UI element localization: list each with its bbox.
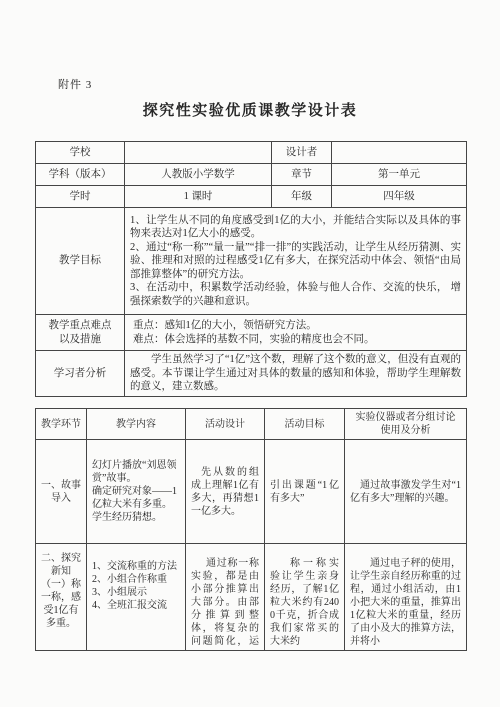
- chapter-value: 第一单元: [332, 164, 467, 186]
- column-header-content: 教学内容: [87, 409, 186, 440]
- school-value: [125, 142, 272, 164]
- learner-analysis-label: 学习者分析: [36, 351, 125, 397]
- grade-label: 年级: [272, 186, 332, 208]
- activity-design-text: 通过称一称实验，都是由小部分推算出大部分。由部分推算到整体，将复杂的问题简化，运…: [191, 557, 259, 648]
- subject-value: 人教版小学数学: [125, 164, 272, 186]
- chapter-label: 章节: [272, 164, 332, 186]
- table-row: 学校 设计者: [36, 142, 467, 164]
- page-title: 探究性实验优质课教学设计表: [0, 99, 500, 120]
- table-row: 学习者分析 学生虽然学习了“1亿”这个数，理解了这个数的意义，但没有直观的感受。…: [36, 351, 467, 397]
- instrument-analysis-cell: 通过故事激发学生对“1亿有多大”理解的兴趣。: [345, 440, 467, 544]
- grade-value: 四年级: [332, 186, 467, 208]
- focus-point-line: 重点：感知1亿的大小，领悟研究方法。: [130, 319, 461, 333]
- design-table: 教学环节 教学内容 活动设计 活动目标 实验仪器或者分组讨论 使用及分析 一、故…: [35, 408, 467, 651]
- goal-line-3: 3、在活动中，积累数学活动经验，体验与他人合作、交流的快乐， 增强探索数学的兴趣…: [130, 281, 461, 308]
- document-page: 附件 3 探究性实验优质课教学设计表 学校 设计者 学科（版本） 人教版小学数学…: [0, 0, 500, 707]
- activity-design-cell: 先从数的组成上理解1亿有多大，再猜想1一亿多大。: [186, 440, 265, 544]
- period-value: 1 课时: [125, 186, 272, 208]
- focus-content: 重点：感知1亿的大小，领悟研究方法。 难点：体会选择的基数不同，实验的精度也会不…: [125, 315, 467, 351]
- column-header-activity-design: 活动设计: [186, 409, 265, 440]
- activity-goal-text: 称一称实验让学生亲身经历，了解1亿粒大米约有2400千克，折合成我们家常买的大米…: [270, 557, 339, 648]
- info-table: 学校 设计者 学科（版本） 人教版小学数学 章节 第一单元 学时 1 课时 年级…: [35, 141, 467, 397]
- column-header-activity-goal: 活动目标: [265, 409, 345, 440]
- content-cell: 1、交流称重的方法 2、小组合作称重 3、小组展示 4、全班汇报交流: [87, 544, 186, 651]
- difficulty-line: 难点：体会选择的基数不同，实验的精度也会不同。: [130, 333, 461, 347]
- activity-design-cell: 通过称一称实验，都是由小部分推算出大部分。由部分推算到整体，将复杂的问题简化，运…: [186, 544, 265, 651]
- stage-cell: 二、探究新知 （一）称一称，感受1亿有多重。: [36, 544, 87, 651]
- designer-value: [332, 142, 467, 164]
- table-row: 一、故事导入 幻灯片播放“刘恩领赏”故事。 确定研究对象——1亿粒大米有多重。 …: [36, 440, 467, 544]
- table-row: 教学重点难点 以及措施 重点：感知1亿的大小，领悟研究方法。 难点：体会选择的基…: [36, 315, 467, 351]
- header-row: 教学环节 教学内容 活动设计 活动目标 实验仪器或者分组讨论 使用及分析: [36, 409, 467, 440]
- goal-line-2: 2、通过“称一称”“量一量”“排一排”的实践活动，让学生从经历猜测、实验、推理和…: [130, 241, 461, 282]
- instrument-analysis-text: 通过电子秤的使用，让学生亲自经历称重的过程，通过小组活动，由1小把大米的重量，推…: [350, 557, 461, 648]
- subject-label: 学科（版本）: [36, 164, 125, 186]
- period-label: 学时: [36, 186, 125, 208]
- column-header-stage: 教学环节: [36, 409, 87, 440]
- stage-cell: 一、故事导入: [36, 440, 87, 544]
- table-row: 二、探究新知 （一）称一称，感受1亿有多重。 1、交流称重的方法 2、小组合作称…: [36, 544, 467, 651]
- learner-analysis-content: 学生虽然学习了“1亿”这个数，理解了这个数的意义，但没有直观的感受。本节课让学生…: [125, 351, 467, 397]
- focus-label: 教学重点难点 以及措施: [36, 315, 125, 351]
- table-row: 学时 1 课时 年级 四年级: [36, 186, 467, 208]
- content-cell: 幻灯片播放“刘恩领赏”故事。 确定研究对象——1亿粒大米有多重。 学生经历猜想。: [87, 440, 186, 544]
- teaching-goal-content: 1、让学生从不同的角度感受到1亿的大小，并能结合实际以及具体的事物来表达对1亿大…: [125, 208, 467, 315]
- activity-goal-cell: 引出课题“1亿有多大”: [265, 440, 345, 544]
- instrument-analysis-cell: 通过电子秤的使用，让学生亲自经历称重的过程，通过小组活动，由1小把大米的重量，推…: [345, 544, 467, 651]
- goal-line-1: 1、让学生从不同的角度感受到1亿的大小，并能结合实际以及具体的事物来表达对1亿大…: [130, 214, 461, 241]
- table-row: 学科（版本） 人教版小学数学 章节 第一单元: [36, 164, 467, 186]
- attachment-label: 附件 3: [58, 76, 92, 92]
- column-header-instrument: 实验仪器或者分组讨论 使用及分析: [345, 409, 467, 440]
- activity-goal-cell: 称一称实验让学生亲身经历，了解1亿粒大米约有2400千克，折合成我们家常买的大米…: [265, 544, 345, 651]
- table-row: 教学目标 1、让学生从不同的角度感受到1亿的大小，并能结合实际以及具体的事物来表…: [36, 208, 467, 315]
- designer-label: 设计者: [272, 142, 332, 164]
- school-label: 学校: [36, 142, 125, 164]
- teaching-goal-label: 教学目标: [36, 208, 125, 315]
